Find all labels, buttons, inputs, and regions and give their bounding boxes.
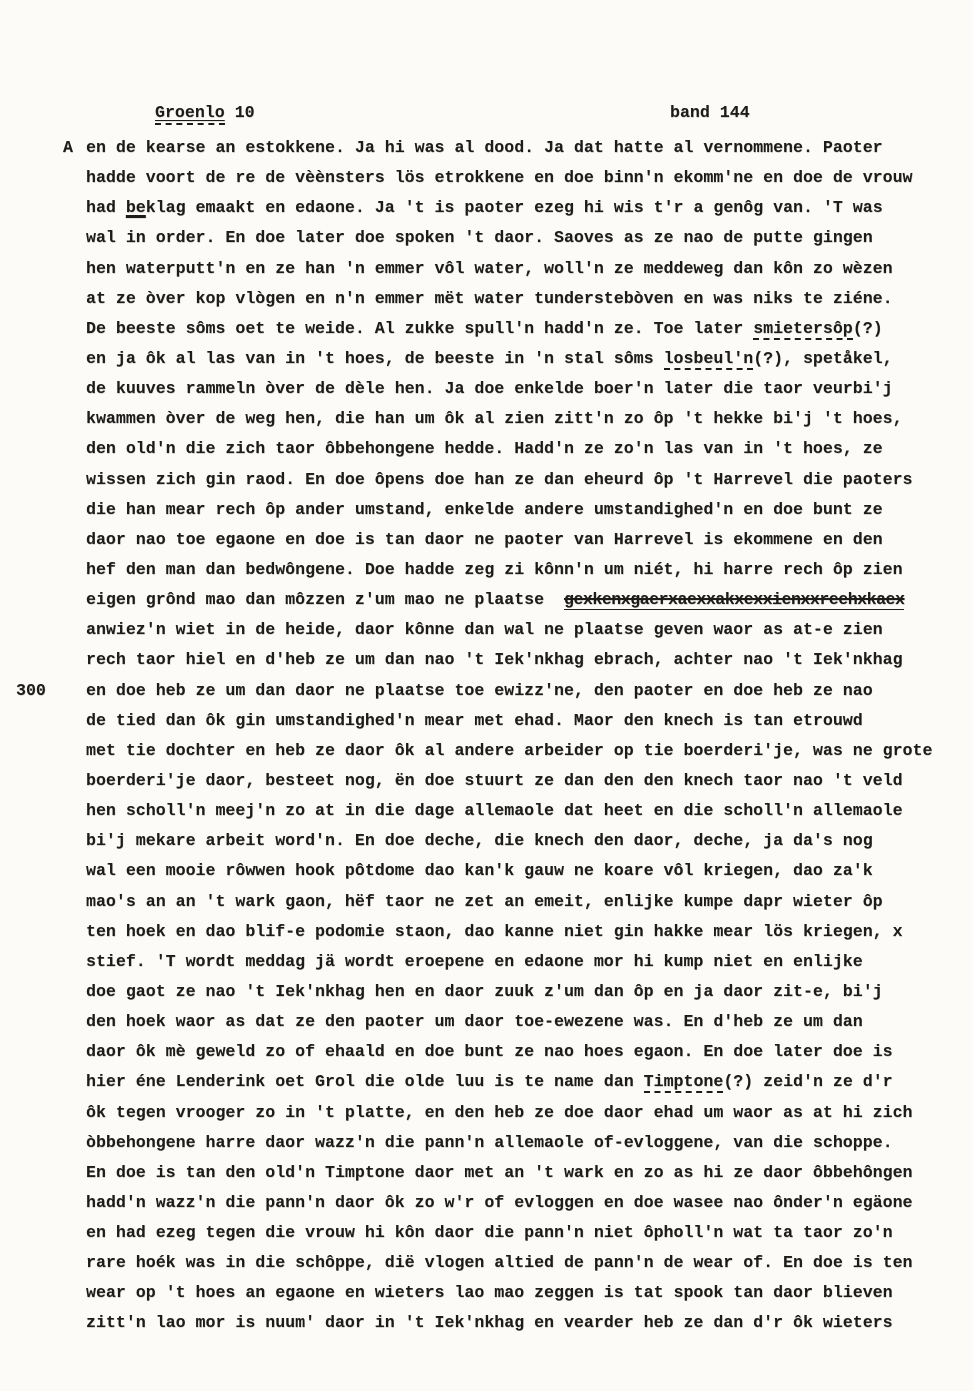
text-line: den old'n die zich taor ôbbehongene hedd… bbox=[86, 434, 968, 464]
dashed-underlined-word: losbeul'n bbox=[664, 349, 754, 370]
text-segment: En doe is tan den old'n Timptone daor me… bbox=[86, 1163, 913, 1182]
text-line: met tie dochter en heb ze daor ôk al and… bbox=[86, 736, 968, 766]
text-segment: ten hoek en dao blif-e podomie staon, da… bbox=[86, 922, 903, 941]
text-segment: (?), spetåkel, bbox=[753, 349, 892, 368]
text-segment: hen waterputt'n en ze han 'n emmer vôl w… bbox=[86, 259, 893, 278]
text-line: ôk tegen vrooger zo in 't platte, en den… bbox=[86, 1098, 968, 1128]
margin-speaker-label: A bbox=[63, 133, 73, 163]
text-segment: wissen zich gin raod. En doe ôpens doe h… bbox=[86, 470, 913, 489]
text-segment: rech taor hiel en d'heb ze um dan nao 't… bbox=[86, 650, 903, 669]
text-segment: zitt'n lao mor is nuum' daor in 't Iek'n… bbox=[86, 1313, 893, 1332]
text-line: en doe heb ze um dan daor ne plaatse toe… bbox=[86, 676, 968, 706]
text-segment: òbbehongene harre daor wazz'n die pann'n… bbox=[86, 1133, 893, 1152]
text-segment: eigen grônd mao dan môzzen z'um mao ne p… bbox=[86, 590, 564, 609]
text-segment: wal een mooie rôwwen hook pôtdome dao ka… bbox=[86, 861, 873, 880]
text-segment: en de kearse an estokkene. Ja hi was al … bbox=[86, 138, 883, 157]
text-line: en de kearse an estokkene. Ja hi was al … bbox=[86, 133, 968, 163]
text-segment: mao's an an 't wark gaon, hëf taor ne ze… bbox=[86, 892, 883, 911]
text-line: doe gaot ze nao 't Iek'nkhag hen en daor… bbox=[86, 977, 968, 1007]
text-line: de tied dan ôk gin umstandighed'n mear m… bbox=[86, 706, 968, 736]
text-segment: den hoek waor as dat ze den paoter um da… bbox=[86, 1012, 863, 1031]
text-line: en had ezeg tegen die vrouw hi kôn daor … bbox=[86, 1218, 968, 1248]
text-line: bi'j mekare arbeit word'n. En doe deche,… bbox=[86, 826, 968, 856]
text-line: kwammen òver de weg hen, die han um ôk a… bbox=[86, 404, 968, 434]
margin-line-number: 300 bbox=[16, 676, 46, 706]
text-line: hen scholl'n meej'n zo at in die dage al… bbox=[86, 796, 968, 826]
text-segment: ôk tegen vrooger zo in 't platte, en den… bbox=[86, 1103, 913, 1122]
page-header-title: Groenlo10 bbox=[155, 103, 255, 125]
text-line: hef den man dan bedwôngene. Doe hadde ze… bbox=[86, 555, 968, 585]
text-line: rech taor hiel en d'heb ze um dan nao 't… bbox=[86, 645, 968, 675]
text-segment: daor nao toe egaone en doe is tan daor n… bbox=[86, 530, 883, 549]
text-segment: bi'j mekare arbeit word'n. En doe deche,… bbox=[86, 831, 873, 850]
text-segment: had bbox=[86, 198, 126, 217]
text-segment: de tied dan ôk gin umstandighed'n mear m… bbox=[86, 711, 863, 730]
text-line: En doe is tan den old'n Timptone daor me… bbox=[86, 1158, 968, 1188]
text-line: boerderi'je daor, besteet nog, ën doe st… bbox=[86, 766, 968, 796]
text-line: die han mear rech ôp ander umstand, enke… bbox=[86, 495, 968, 525]
dashed-underlined-word: Timptone bbox=[644, 1072, 724, 1093]
text-segment: daor ôk mè geweld zo of ehaald en doe bu… bbox=[86, 1042, 893, 1061]
text-segment: hef den man dan bedwôngene. Doe hadde ze… bbox=[86, 560, 903, 579]
text-segment: rare hoék was in die schôppe, dië vlogen… bbox=[86, 1253, 913, 1272]
text-line: mao's an an 't wark gaon, hëf taor ne ze… bbox=[86, 887, 968, 917]
text-line: ten hoek en dao blif-e podomie staon, da… bbox=[86, 917, 968, 947]
text-line: at ze òver kop vlògen en n'n emmer mët w… bbox=[86, 284, 968, 314]
text-segment: hadde voort de re de vèènsters lös etrok… bbox=[86, 168, 913, 187]
struck-out-text: gexkenxgaerxaexxakxexxienxxreehxkaex bbox=[564, 590, 904, 610]
text-segment: anwiez'n wiet in de heide, daor kônne da… bbox=[86, 620, 883, 639]
text-segment: hier éne Lenderink oet Grol die olde luu… bbox=[86, 1072, 644, 1091]
underlined-word: be bbox=[126, 198, 146, 217]
text-segment: wal in order. En doe later doe spoken 't… bbox=[86, 228, 873, 247]
text-segment: De beeste sôms oet te weide. Al zukke sp… bbox=[86, 319, 753, 338]
text-line: wal een mooie rôwwen hook pôtdome dao ka… bbox=[86, 856, 968, 886]
text-line: òbbehongene harre daor wazz'n die pann'n… bbox=[86, 1128, 968, 1158]
text-line: hier éne Lenderink oet Grol die olde luu… bbox=[86, 1067, 968, 1097]
text-segment: hen scholl'n meej'n zo at in die dage al… bbox=[86, 801, 903, 820]
text-segment: wear op 't hoes an egaone en wieters lao… bbox=[86, 1283, 893, 1302]
text-line: daor nao toe egaone en doe is tan daor n… bbox=[86, 525, 968, 555]
text-segment: den old'n die zich taor ôbbehongene hedd… bbox=[86, 439, 883, 458]
text-segment: (?) bbox=[853, 319, 883, 338]
text-segment: doe gaot ze nao 't Iek'nkhag hen en daor… bbox=[86, 982, 883, 1001]
header-page-number: 10 bbox=[235, 103, 255, 122]
text-line: de kuuves rammeln òver de dèle hen. Ja d… bbox=[86, 374, 968, 404]
document-page: Groenlo10 band 144 A 300 en de kearse an… bbox=[0, 0, 973, 1391]
text-line: De beeste sôms oet te weide. Al zukke sp… bbox=[86, 314, 968, 344]
text-segment: at ze òver kop vlògen en n'n emmer mët w… bbox=[86, 289, 893, 308]
text-line: wear op 't hoes an egaone en wieters lao… bbox=[86, 1278, 968, 1308]
text-line: zitt'n lao mor is nuum' daor in 't Iek'n… bbox=[86, 1308, 968, 1338]
text-line: daor ôk mè geweld zo of ehaald en doe bu… bbox=[86, 1037, 968, 1067]
text-segment: de kuuves rammeln òver de dèle hen. Ja d… bbox=[86, 379, 893, 398]
text-segment: klag emaakt en edaone. Ja 't is paoter e… bbox=[146, 198, 883, 217]
text-segment: en ja ôk al las van in 't hoes, de beest… bbox=[86, 349, 664, 368]
text-line: had beklag emaakt en edaone. Ja 't is pa… bbox=[86, 193, 968, 223]
text-line: hadde voort de re de vèènsters lös etrok… bbox=[86, 163, 968, 193]
header-band-label: band 144 bbox=[670, 103, 750, 122]
text-line: hen waterputt'n en ze han 'n emmer vôl w… bbox=[86, 254, 968, 284]
text-line: den hoek waor as dat ze den paoter um da… bbox=[86, 1007, 968, 1037]
text-line: stief. 'T wordt meddag jä wordt eroepene… bbox=[86, 947, 968, 977]
text-segment: en had ezeg tegen die vrouw hi kôn daor … bbox=[86, 1223, 893, 1242]
text-line: wal in order. En doe later doe spoken 't… bbox=[86, 223, 968, 253]
text-line: anwiez'n wiet in de heide, daor kônne da… bbox=[86, 615, 968, 645]
text-line: hadd'n wazz'n die pann'n daor ôk zo w'r … bbox=[86, 1188, 968, 1218]
text-segment: die han mear rech ôp ander umstand, enke… bbox=[86, 500, 883, 519]
text-line: en ja ôk al las van in 't hoes, de beest… bbox=[86, 344, 968, 374]
text-segment: kwammen òver de weg hen, die han um ôk a… bbox=[86, 409, 903, 428]
text-segment: hadd'n wazz'n die pann'n daor ôk zo w'r … bbox=[86, 1193, 913, 1212]
text-segment: (?) zeid'n ze d'r bbox=[723, 1072, 892, 1091]
text-segment: stief. 'T wordt meddag jä wordt eroepene… bbox=[86, 952, 863, 971]
text-segment: met tie dochter en heb ze daor ôk al and… bbox=[86, 741, 932, 760]
text-line: eigen grônd mao dan môzzen z'um mao ne p… bbox=[86, 585, 968, 615]
text-line: wissen zich gin raod. En doe ôpens doe h… bbox=[86, 465, 968, 495]
text-line: rare hoék was in die schôppe, dië vlogen… bbox=[86, 1248, 968, 1278]
text-segment: en doe heb ze um dan daor ne plaatse toe… bbox=[86, 681, 873, 700]
text-block: en de kearse an estokkene. Ja hi was al … bbox=[86, 133, 968, 1339]
dashed-underlined-word: smietersôp bbox=[753, 319, 853, 340]
text-segment: boerderi'je daor, besteet nog, ën doe st… bbox=[86, 771, 903, 790]
header-place-name: Groenlo bbox=[155, 103, 225, 125]
